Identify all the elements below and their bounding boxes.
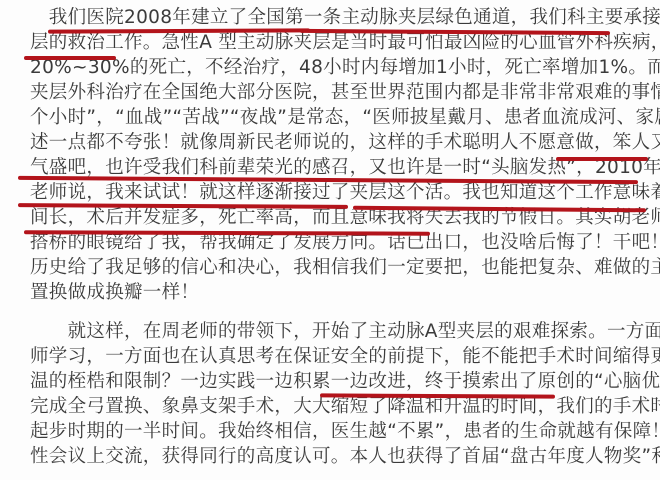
- paragraph-1-line-3: 20%~30%的死亡，不经治疗，48小时内每增加1小时，死亡率增加1%。而当时的…: [30, 56, 660, 80]
- paragraph-1-line-8: 老师说，我来试试！就这样逐渐接过了夹层这个活。我也知道这个工作意味着什么，不仅仅…: [30, 181, 660, 205]
- highlight-underline: [556, 157, 648, 161]
- paragraph-2-line-1: 就这样，在周老师的带领下，开始了主动脉A型夹层的艰难探索。一方面向国内的做得好的…: [30, 320, 660, 344]
- paragraph-2-line-5: 起步时期的一半时间。我始终相信，医生越“不累”，患者的生命就越有保障！该策略也多…: [30, 420, 660, 444]
- paragraph-2-line-6: 性会议上交流，获得同行的高度认可。本人也获得了首届“盘古年度人物奖”和“盘古年度…: [30, 445, 660, 469]
- paragraph-1-line-11: 历史给了我足够的信心和决心，我相信我们一定要把，也能把复杂、难做的主动脉A型夹层…: [30, 256, 660, 280]
- highlight-underline: [24, 56, 116, 60]
- paragraph-1-line-6: 述一点都不夸张！就像周新民老师说的，这样的手术聪明人不愿意做，笨人又不会做！也许…: [30, 131, 660, 155]
- paragraph-2-line-2: 师学习，一方面也在认真思考在保证安全的前提下，能不能把手术时间缩得更短？能不能摆…: [30, 345, 660, 369]
- paragraph-2-line-3: 温的桎梏和限制？一边实践一边积累一边改进，终于摸索出了原创的“心脑优先”策略，在…: [30, 370, 660, 394]
- article-page: 我们医院2008年建立了全国第一条主动脉夹层绿色通道，我们科主要承接了急性A 型…: [0, 0, 660, 480]
- paragraph-1-line-5: 个小时”，“血战”“苦战”“夜战”是常态，“医师披星戴月、患者血流成河、家属人财…: [30, 106, 660, 130]
- paragraph-2-line-4: 完成全弓置换、象鼻支架手术，大大缩短了降温和升温的时间，我们的手术时间也明显缩短…: [30, 395, 660, 419]
- paragraph-1-line-4: 夹层外科治疗在全国绝大部分医院，甚至世界范围内都是非常非常艰难的事情。手术是“1…: [30, 81, 660, 105]
- paragraph-1-line-12: 置换做成换瓣一样！: [30, 281, 199, 305]
- paragraph-1-line-1: 我们医院2008年建立了全国第一条主动脉夹层绿色通道，我们科主要承接了急性A 型…: [30, 6, 660, 30]
